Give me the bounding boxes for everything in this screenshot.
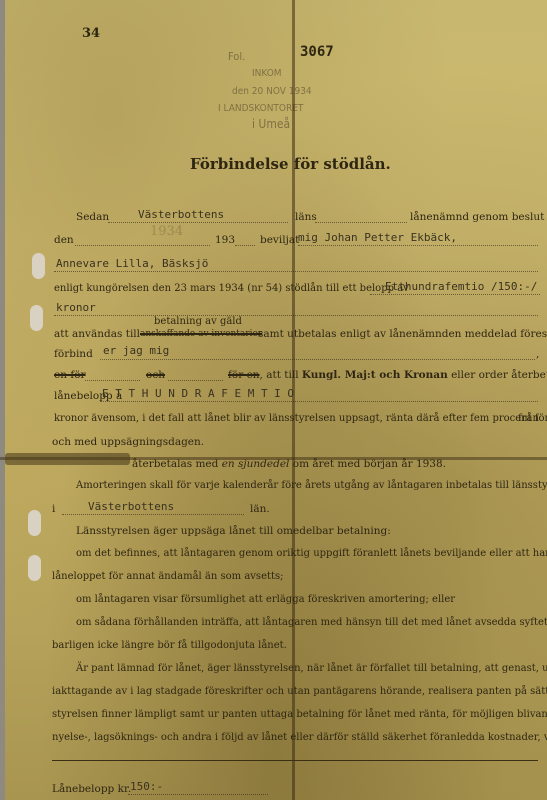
document-page: 34 Fol. 3067 INKOM den 20 NOV 1934 I LAN… [0, 0, 547, 800]
text: nyelse-, lagsöknings- och andra i följd … [52, 732, 547, 744]
text: , att till [260, 369, 302, 381]
text: låneloppet för annat ändamål än som avse… [52, 571, 284, 583]
text: om låntagaren visar försumlighet att erl… [76, 594, 455, 606]
loan-amount: 150:- [130, 781, 163, 793]
text: förbind [54, 348, 93, 360]
borrower-name: mig Johan Petter Ekbäck, [298, 232, 457, 244]
text: barligen icke längre bör få tillgodonjut… [52, 640, 287, 652]
typed-amount: E T T H U N D R A F E M T I O [102, 388, 294, 400]
stamp-fol: Fol. [228, 50, 245, 63]
label-beviljat: beviljat [260, 234, 299, 246]
page-number: 34 [82, 28, 100, 40]
document-title: Förbindelse för stödlån. [190, 155, 391, 173]
vertical-fold [292, 0, 295, 800]
stamp-line: den 20 NOV 1934 [232, 86, 312, 97]
faint-year: 1934 [150, 226, 183, 238]
year-prefix: 193 [215, 234, 235, 246]
text: om det befinnes, att låntagaren genom or… [76, 548, 547, 560]
county-field: Västerbottens [88, 501, 174, 513]
text: Amorteringen skall för varje kalenderår … [76, 480, 547, 492]
struck-text: och [146, 369, 165, 381]
stamp-number: 3067 [300, 46, 334, 58]
struck-text: för en [228, 369, 260, 381]
text: styrelsen finner lämpligt samt ur panten… [52, 709, 547, 721]
amount-words: Etthundrafemtio /150:-/ [385, 281, 537, 293]
text: Länsstyrelsen äger uppsäga lånet till om… [76, 525, 391, 537]
stamp-line: i Umeå [252, 117, 290, 131]
borrower-address: Annevare Lilla, Bäsksjö [56, 258, 208, 270]
struck-text: en för [54, 369, 86, 381]
struck-text: anskaffande av inventarier [140, 328, 262, 340]
text: samt utbetalas enligt av lånenämnden med… [258, 328, 547, 340]
text: om året med början år 1938. [289, 458, 446, 470]
punch-hole [28, 510, 41, 536]
currency: kronor [56, 302, 96, 314]
loan-amount-label: Lånebelopp kr. [52, 783, 131, 795]
text: iakttagande av i lag stadgade föreskrift… [52, 686, 547, 698]
typed-text: er jag mig [103, 345, 169, 357]
inserted-text: betalning av gäld [154, 316, 242, 328]
page-edge [0, 0, 5, 800]
punch-hole [28, 555, 41, 581]
text: lånenämnd genom beslut [410, 211, 544, 223]
county-field: Västerbottens [138, 209, 224, 221]
stamp-line: INKOM [252, 68, 282, 79]
text: Är pant lämnad för lånet, äger länsstyre… [76, 663, 547, 675]
text: kronor ävensom, i det fall att lånet bli… [54, 413, 547, 425]
punch-hole [32, 253, 45, 279]
text: eller order återbetala sagda [448, 369, 547, 381]
text: återbetalas med [132, 458, 222, 470]
tear-damage [5, 453, 130, 465]
label-den: den [54, 234, 74, 246]
bold-text: Kungl. Maj:t och Kronan [302, 369, 448, 381]
divider [52, 760, 538, 761]
label-sedan: Sedan [76, 211, 109, 223]
text: och med uppsägningsdagen. [52, 436, 204, 448]
text: om sådana förhållanden inträffa, att lån… [76, 617, 547, 629]
stamp-line: I LANDSKONTORET [218, 103, 303, 114]
label-lans: läns [295, 211, 317, 223]
text: från [518, 413, 539, 425]
text: i [52, 503, 55, 515]
text: att användas till [54, 328, 140, 340]
punch-hole [30, 305, 43, 331]
italic-text: en sjundedel [222, 458, 290, 470]
text: enligt kungörelsen den 23 mars 1934 (nr … [54, 283, 409, 295]
text: , [536, 348, 539, 360]
text: län. [250, 503, 270, 515]
